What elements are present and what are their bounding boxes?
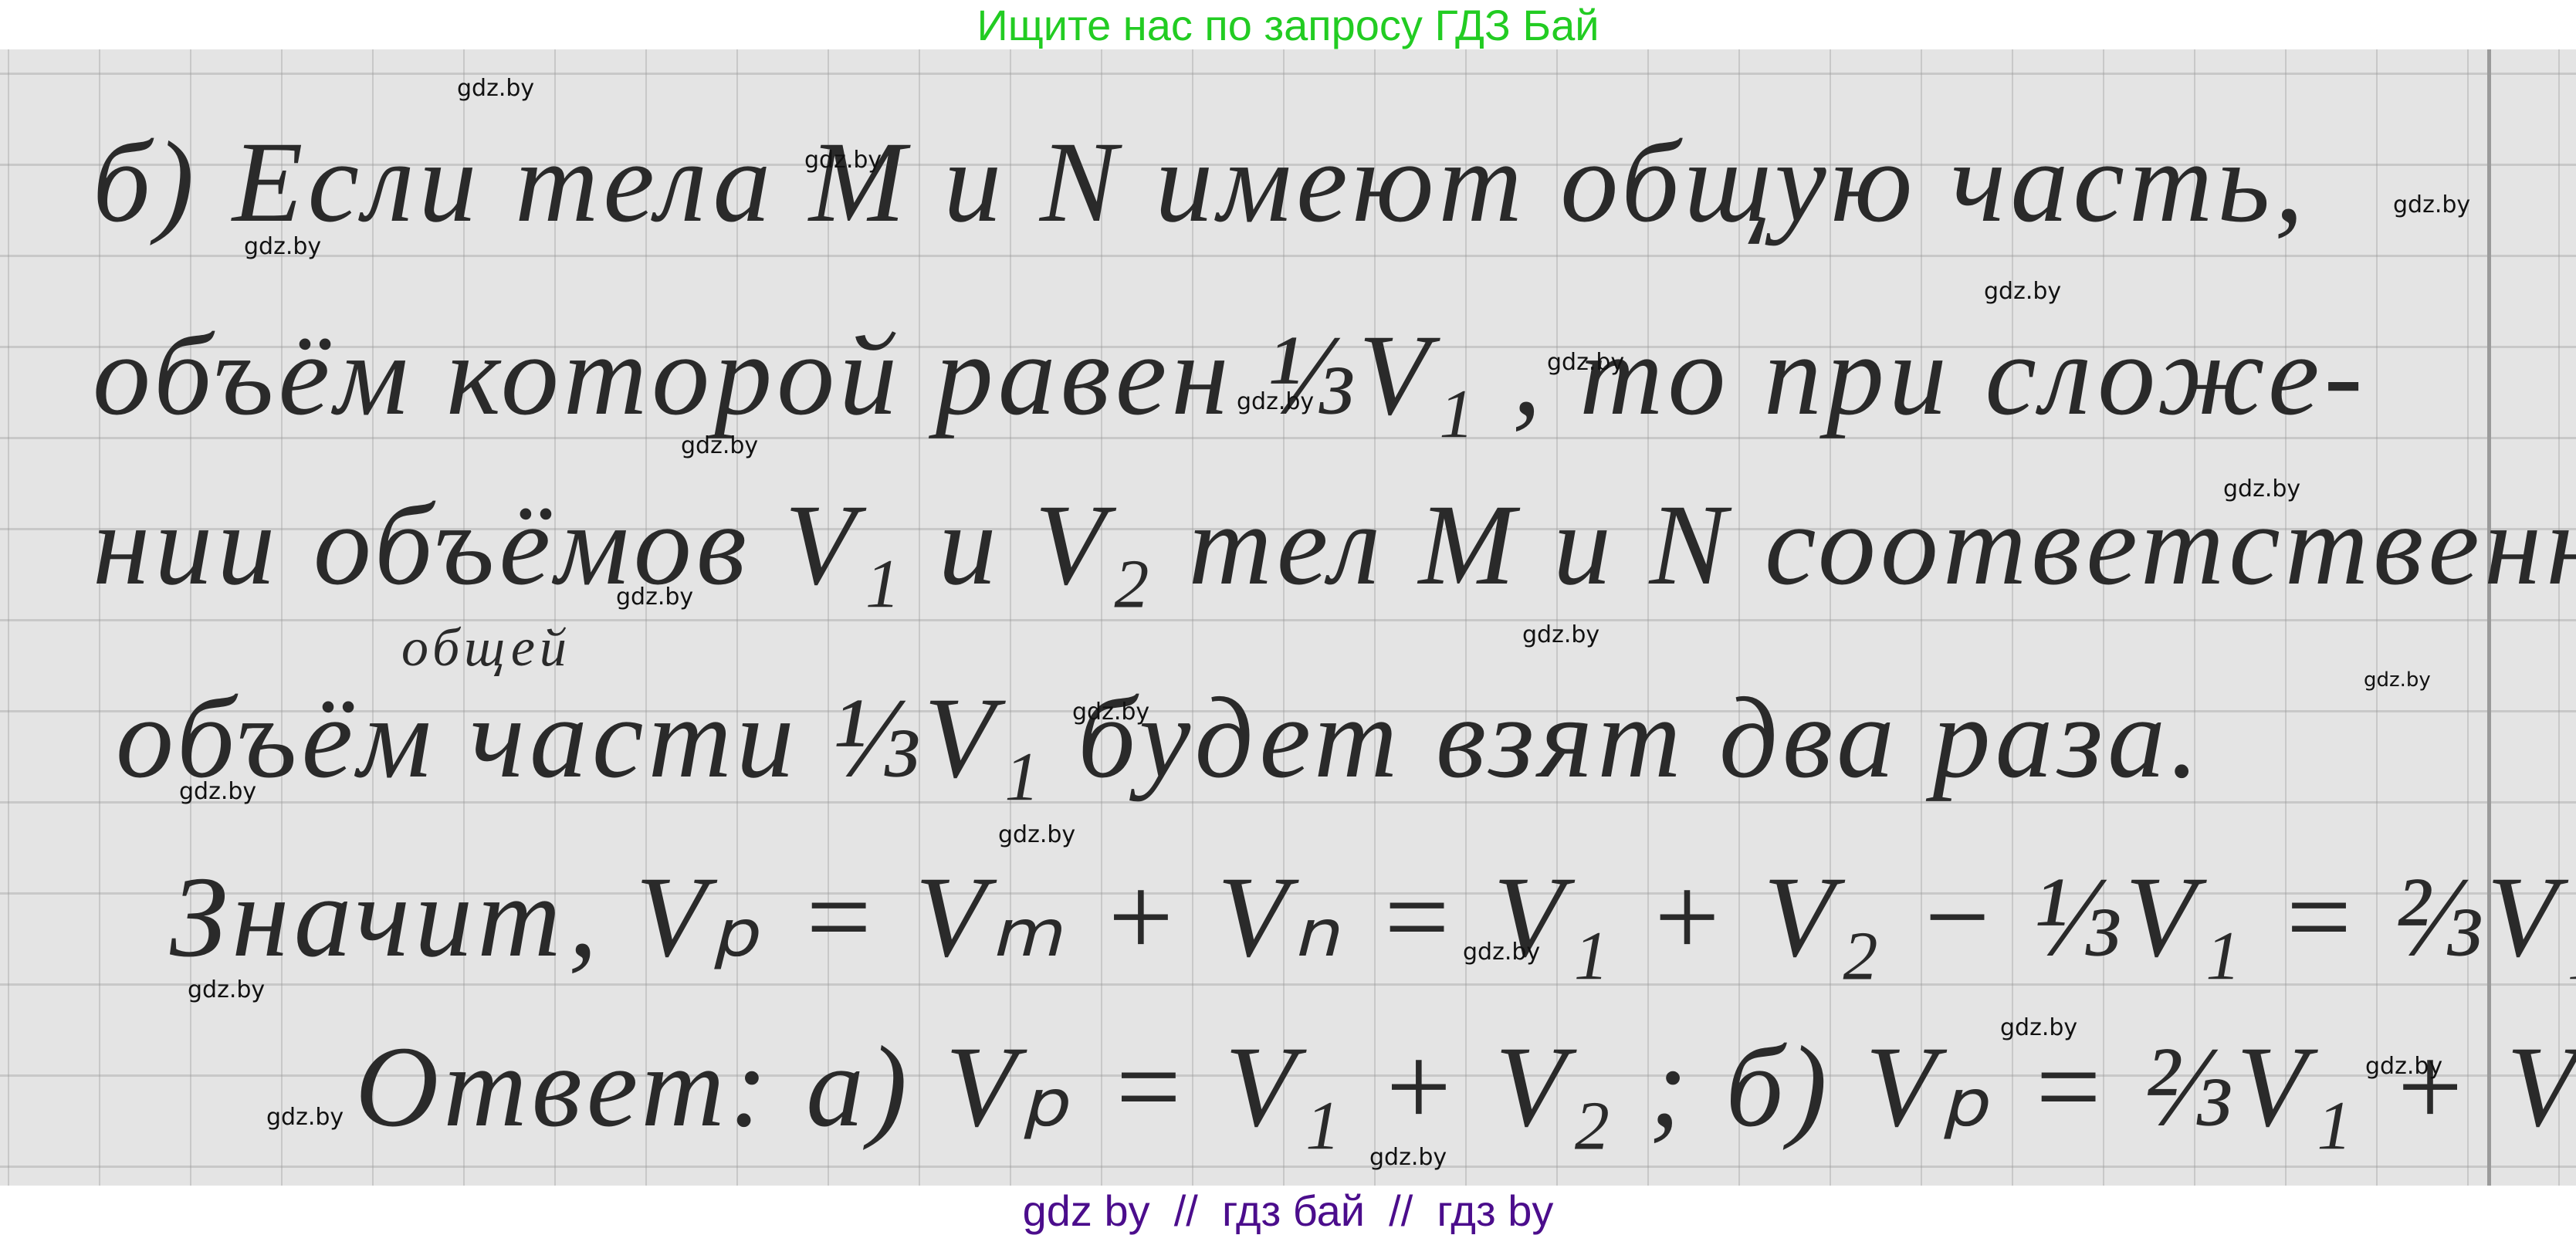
handwritten-insertion: общей <box>401 617 571 679</box>
watermark: gdz.by <box>616 584 693 611</box>
watermark: gdz.by <box>1463 939 1540 966</box>
handwritten-line-5: Значит, Vₚ = Vₘ + Vₙ = V₁ + V₂ − ⅓V₁ = ⅔… <box>170 849 2576 983</box>
watermark: gdz.by <box>1072 699 1149 726</box>
watermark: gdz.by <box>804 147 882 174</box>
watermark: gdz.by <box>1547 349 1624 376</box>
watermark: gdz.by <box>2223 475 2300 502</box>
watermark: gdz.by <box>1984 278 2061 305</box>
header-text: Ищите нас по запросу ГДЗ Бай <box>977 0 1599 50</box>
watermark: gdz.by <box>1369 1144 1447 1171</box>
watermark: gdz.by <box>244 233 321 260</box>
watermark: gdz.by <box>1237 388 1314 415</box>
watermark: gdz.by <box>998 821 1075 848</box>
handwritten-line-4: объём части ⅓V₁ будет взят два раза. <box>116 672 2204 804</box>
watermark: gdz.by <box>681 432 758 459</box>
watermark: gdz.by <box>2365 1053 2442 1080</box>
footer-text: gdz by // гдз бай // гдз by <box>1023 1186 1554 1235</box>
header-banner: Ищите нас по запросу ГДЗ Бай <box>0 0 2576 49</box>
watermark: gdz.by <box>1522 621 1599 648</box>
watermark: gdz.by <box>2000 1014 2077 1041</box>
watermark: gdz.by <box>266 1104 344 1131</box>
margin-line <box>2487 49 2491 1186</box>
watermark: gdz.by <box>2393 191 2470 218</box>
handwritten-line-3: нии объёмов V₁ и V₂ тел M и N соответств… <box>93 479 2576 611</box>
handwritten-line-1: б) Если тела M и N имеют общую часть, <box>93 116 2308 249</box>
watermark: gdz.by <box>2364 668 2431 692</box>
handwritten-line-2: объём которой равен ⅓V₁ , то при сложе- <box>93 309 2368 442</box>
watermark: gdz.by <box>188 976 265 1003</box>
handwritten-line-6: Ответ: а) Vₚ = V₁ + V₂ ; б) Vₚ = ⅔V₁ + V… <box>355 1019 2576 1153</box>
watermark: gdz.by <box>457 75 534 102</box>
footer-banner: gdz by // гдз бай // гдз by <box>0 1186 2576 1235</box>
watermark: gdz.by <box>179 778 256 805</box>
